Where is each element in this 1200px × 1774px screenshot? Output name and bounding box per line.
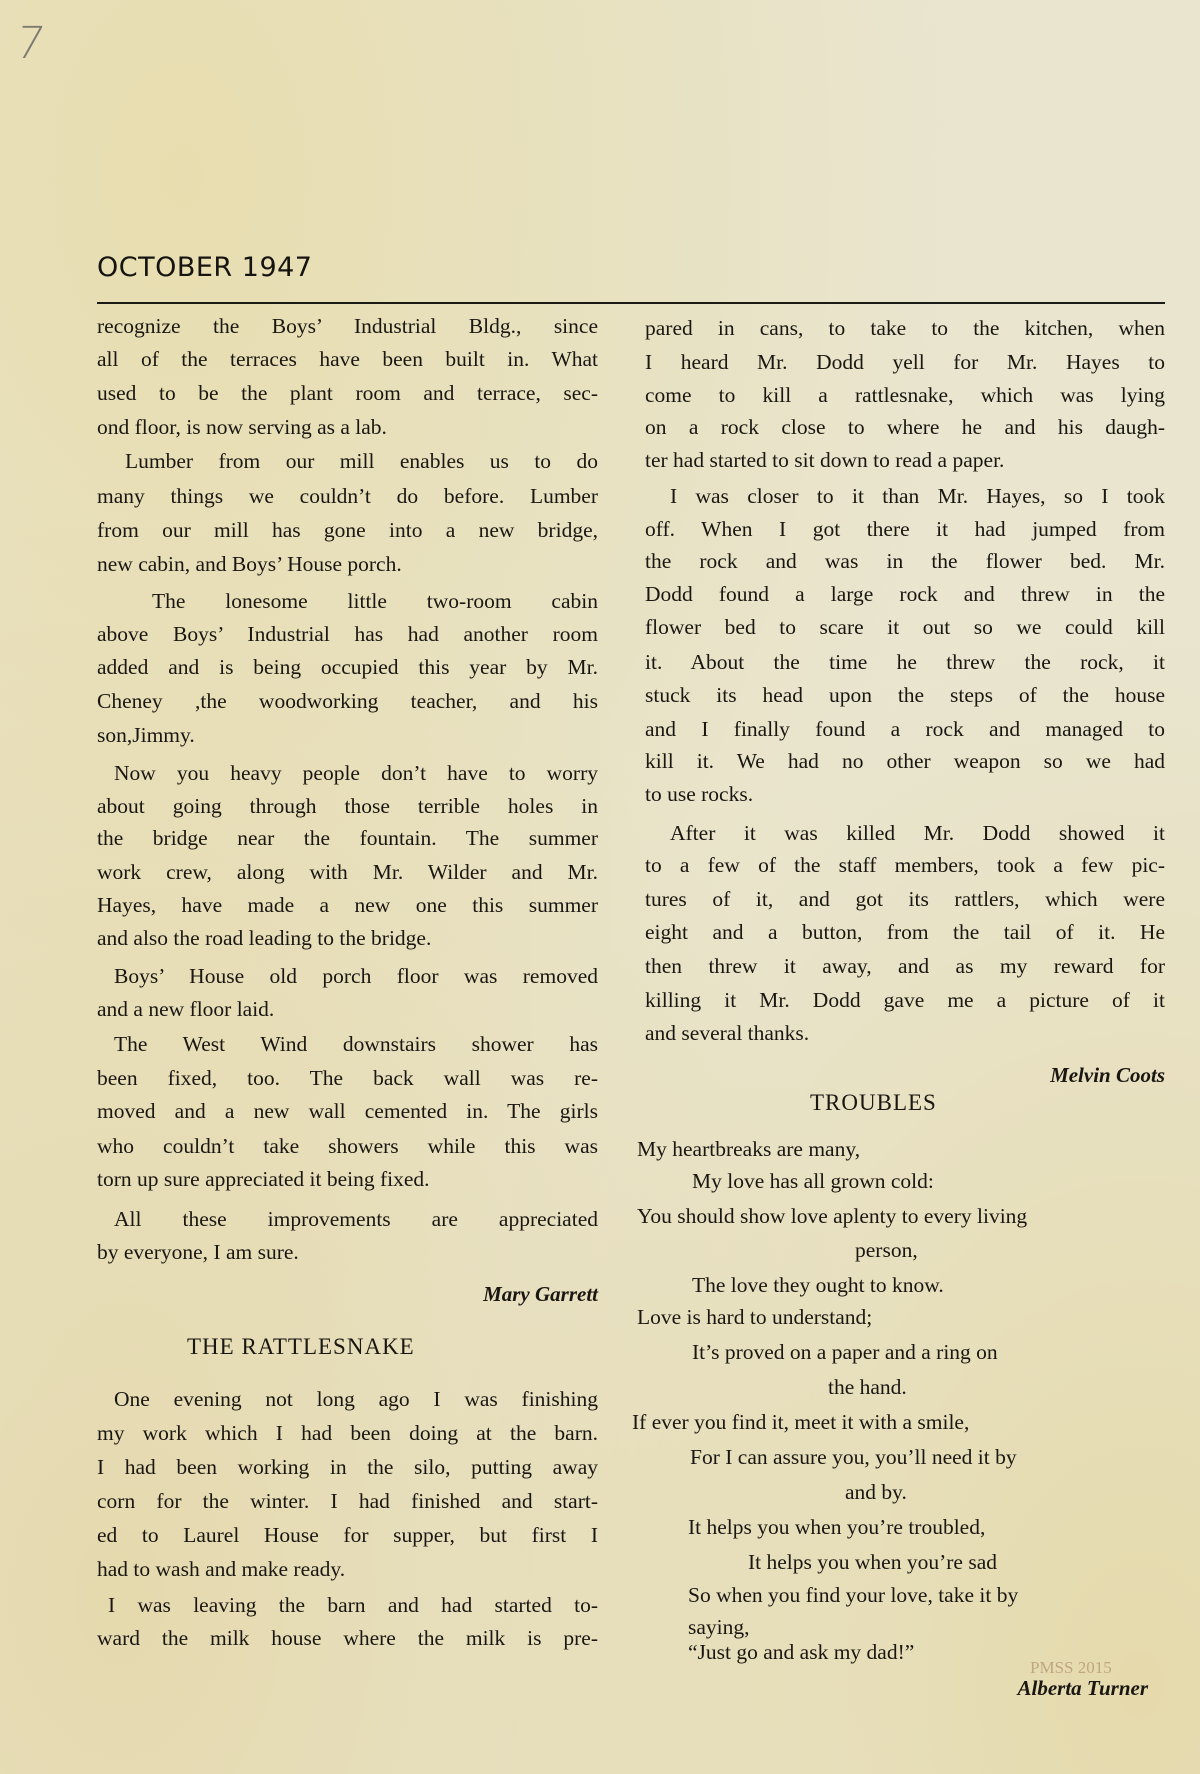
poem-line: It’s proved on a paper and a ring on — [692, 1340, 998, 1365]
article-line: moved and a new wall cemented in. The gi… — [97, 1098, 598, 1124]
article-line: The lonesome little two-room cabin — [152, 588, 598, 614]
article-line: it. About the time he threw the rock, it — [645, 649, 1165, 675]
poem-line: saying, — [688, 1615, 750, 1640]
article-title: THE RATTLESNAKE — [187, 1334, 415, 1360]
poem-line: If ever you find it, meet it with a smil… — [632, 1410, 969, 1435]
article-line: about going through those terrible holes… — [97, 793, 598, 819]
poem-line: My heartbreaks are many, — [637, 1137, 860, 1162]
poem-line: You should show love aplenty to every li… — [637, 1204, 1027, 1229]
poem-title: TROUBLES — [810, 1090, 937, 1116]
article-line: torn up sure appreciated it being fixed. — [97, 1166, 598, 1192]
article-line: work crew, along with Mr. Wilder and Mr. — [97, 859, 598, 885]
article-line: tures of it, and got its rattlers, which… — [645, 886, 1165, 912]
article-line: pared in cans, to take to the kitchen, w… — [645, 315, 1165, 341]
article-line: who couldn’t take showers while this was — [97, 1133, 598, 1159]
article-line: had to wash and make ready. — [97, 1556, 598, 1582]
article-line: to a few of the staff members, took a fe… — [645, 852, 1165, 878]
author-byline: Alberta Turner — [1018, 1676, 1149, 1701]
article-line: ward the milk house where the milk is pr… — [97, 1625, 598, 1651]
article-line: and a new floor laid. — [97, 996, 598, 1022]
article-line: Hayes, have made a new one this summer — [97, 892, 598, 918]
article-line: ed to Laurel House for supper, but first… — [97, 1522, 598, 1548]
article-line: I was closer to it than Mr. Hayes, so I … — [670, 483, 1165, 509]
article-line: the rock and was in the flower bed. Mr. — [645, 548, 1165, 574]
author-byline: Mary Garrett — [483, 1282, 598, 1307]
issue-date-header: OCTOBER 1947 — [97, 252, 313, 283]
poem-line: the hand. — [828, 1375, 907, 1400]
article-line: I heard Mr. Dodd yell for Mr. Hayes to — [645, 349, 1165, 375]
article-line: used to be the plant room and terrace, s… — [97, 380, 598, 406]
article-line: on a rock close to where he and his daug… — [645, 414, 1165, 440]
article-line: all of the terraces have been built in. … — [97, 346, 598, 372]
article-line: from our mill has gone into a new bridge… — [97, 517, 598, 543]
header-rule — [97, 302, 1165, 304]
poem-line: It helps you when you’re troubled, — [688, 1515, 985, 1540]
article-line: All these improvements are appreciated — [114, 1206, 598, 1232]
article-line: come to kill a rattlesnake, which was ly… — [645, 382, 1165, 408]
article-line: One evening not long ago I was finishing — [114, 1386, 598, 1412]
article-line: After it was killed Mr. Dodd showed it — [670, 820, 1165, 846]
article-line: corn for the winter. I had finished and … — [97, 1488, 598, 1514]
article-line: by everyone, I am sure. — [97, 1239, 598, 1265]
article-line: to use rocks. — [645, 781, 1165, 807]
magazine-page: 7 OCTOBER 1947 recognize the Boys’ Indus… — [0, 0, 1200, 1774]
article-line: the bridge near the fountain. The summer — [97, 825, 598, 851]
article-line: eight and a button, from the tail of it.… — [645, 919, 1165, 945]
article-line: Lumber from our mill enables us to do — [125, 448, 598, 474]
author-byline: Melvin Coots — [1050, 1063, 1165, 1088]
poem-line: and by. — [845, 1480, 907, 1505]
poem-line: For I can assure you, you’ll need it by — [690, 1445, 1017, 1470]
article-line: then threw it away, and as my reward for — [645, 953, 1165, 979]
article-line: son,Jimmy. — [97, 722, 598, 748]
article-line: and also the road leading to the bridge. — [97, 925, 598, 951]
article-line: my work which I had been doing at the ba… — [97, 1420, 598, 1446]
article-line: ter had started to sit down to read a pa… — [645, 447, 1165, 473]
poem-line: It helps you when you’re sad — [748, 1550, 997, 1575]
poem-line: person, — [855, 1238, 918, 1263]
article-line: I had been working in the silo, putting … — [97, 1454, 598, 1480]
article-line: recognize the Boys’ Industrial Bldg., si… — [97, 313, 598, 339]
article-line: added and is being occupied this year by… — [97, 654, 598, 680]
article-line: above Boys’ Industrial has had another r… — [97, 621, 598, 647]
poem-line: The love they ought to know. — [692, 1273, 944, 1298]
poem-line: So when you find your love, take it by — [688, 1583, 1018, 1608]
article-line: new cabin, and Boys’ House porch. — [97, 551, 598, 577]
article-line: off. When I got there it had jumped from — [645, 516, 1165, 542]
article-line: Boys’ House old porch floor was removed — [114, 963, 598, 989]
article-line: Cheney ,the woodworking teacher, and his — [97, 688, 598, 714]
poem-line: Love is hard to understand; — [637, 1305, 872, 1330]
article-line: Dodd found a large rock and threw in the — [645, 581, 1165, 607]
article-line: been fixed, too. The back wall was re- — [97, 1065, 598, 1091]
article-line: and several thanks. — [645, 1020, 1165, 1046]
article-line: I was leaving the barn and had started t… — [108, 1592, 598, 1618]
article-line: many things we couldn’t do before. Lumbe… — [97, 483, 598, 509]
poem-line: My love has all grown cold: — [692, 1169, 934, 1194]
poem-line: “Just go and ask my dad!” — [688, 1640, 914, 1665]
archive-watermark: PMSS 2015 — [1030, 1658, 1112, 1678]
pencil-page-mark: 7 — [12, 18, 49, 69]
article-line: stuck its head upon the steps of the hou… — [645, 682, 1165, 708]
article-line: killing it Mr. Dodd gave me a picture of… — [645, 987, 1165, 1013]
article-line: kill it. We had no other weapon so we ha… — [645, 748, 1165, 774]
article-line: and I finally found a rock and managed t… — [645, 716, 1165, 742]
article-line: Now you heavy people don’t have to worry — [114, 760, 598, 786]
article-line: ond floor, is now serving as a lab. — [97, 414, 598, 440]
article-line: The West Wind downstairs shower has — [114, 1031, 598, 1057]
article-line: flower bed to scare it out so we could k… — [645, 614, 1165, 640]
